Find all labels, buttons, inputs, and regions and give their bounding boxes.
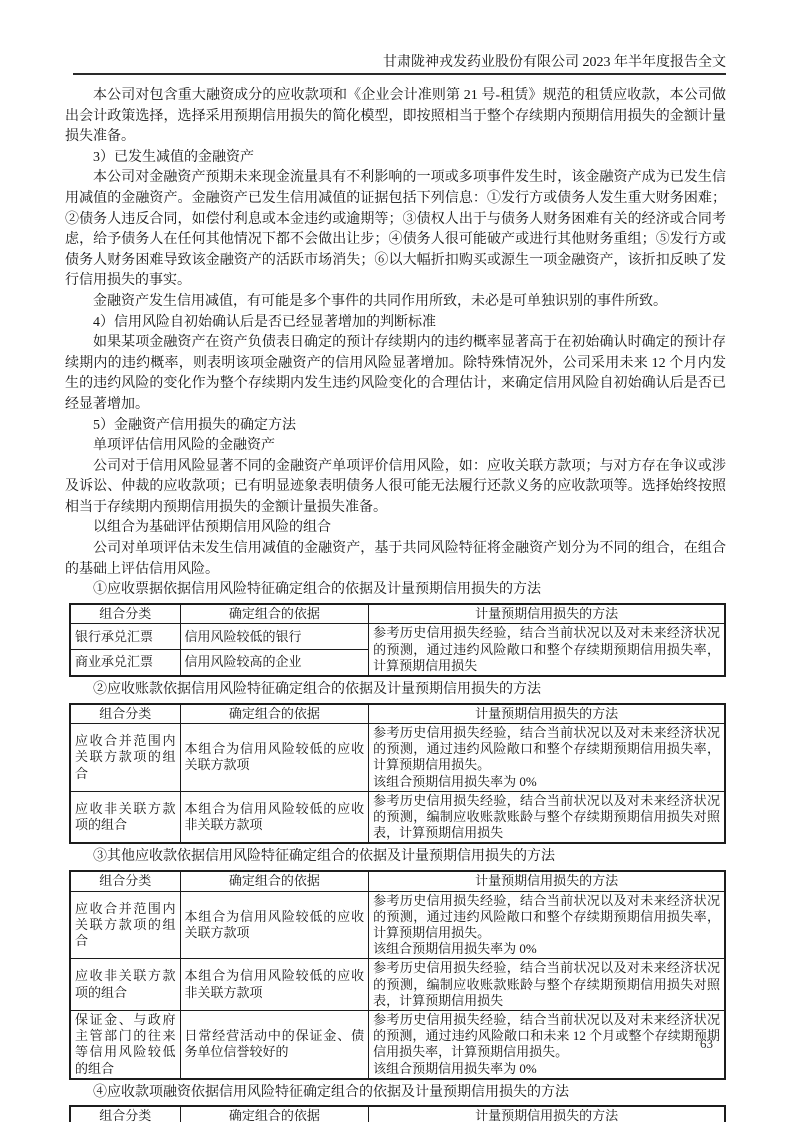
accounts-receivable-portfolio-table: 组合分类确定组合的依据计量预期信用损失的方法应收合并范围内关联方款项的组合本组合… <box>69 703 726 845</box>
caption-receivables-financing-table: ④应收款项融资依据信用风险特征确定组合的依据及计量预期信用损失的方法 <box>65 1083 726 1104</box>
table-row: 应收合并范围内关联方款项的组合本组合为信用风险较低的应收关联方款项参考历史信用损… <box>70 724 725 792</box>
report-title: 甘肃陇神戎发药业股份有限公司 2023 年半年度报告全文 <box>67 54 726 71</box>
table-row: 应收合并范围内关联方款项的组合本组合为信用风险较低的应收关联方款项参考历史信用损… <box>70 891 725 959</box>
heading-impaired-financial-assets: 3）已发生减值的金融资产 <box>65 148 726 169</box>
column-header: 组合分类 <box>70 704 180 724</box>
report-page: 甘肃陇神戎发药业股份有限公司 2023 年半年度报告全文 本公司对包含重大融资成… <box>0 0 793 1122</box>
table-row: 保证金、与政府主管部门的往来等信用风险较低的组合日常经营活动中的保证金、债务单位… <box>70 1010 725 1078</box>
receivables-financing-portfolio-table: 组合分类确定组合的依据计量预期信用损失的方法 <box>69 1105 726 1122</box>
column-header: 确定组合的依据 <box>180 604 369 624</box>
table-cell: 应收合并范围内关联方款项的组合 <box>70 724 180 792</box>
column-header: 确定组合的依据 <box>180 1106 369 1122</box>
table-cell: 参考历史信用损失经验，结合当前状况以及对未来经济状况的预测，通过违约风险敞口和整… <box>369 624 725 676</box>
column-header: 组合分类 <box>70 604 180 624</box>
multiple-events-paragraph: 金融资产发生信用减值，有可能是多个事件的共同作用所致，未必是可单独识别的事件所致… <box>65 292 726 313</box>
policy-paragraph: 本公司对包含重大融资成分的应收款项和《企业会计准则第 21 号-租赁》规范的租赁… <box>65 86 726 148</box>
table-cell: 本组合为信用风险较低的应收关联方款项 <box>180 724 369 792</box>
heading-credit-loss-method: 5）金融资产信用损失的确定方法 <box>65 416 726 437</box>
table-cell: 参考历史信用损失经验，结合当前状况以及对未来经济状况的预测，编制应收账款账龄与整… <box>369 959 725 1011</box>
portfolio-assessment-paragraph: 公司对单项评估未发生信用减值的金融资产，基于共同风险特征将金融资产划分为不同的组… <box>65 539 726 580</box>
notes-receivable-portfolio-table: 组合分类确定组合的依据计量预期信用损失的方法银行承兑汇票信用风险较低的银行参考历… <box>69 603 726 677</box>
page-number: 63 <box>700 1036 713 1052</box>
column-header: 计量预期信用损失的方法 <box>369 704 725 724</box>
column-header: 计量预期信用损失的方法 <box>369 871 725 891</box>
table-cell: 应收合并范围内关联方款项的组合 <box>70 891 180 959</box>
table-header-row: 组合分类确定组合的依据计量预期信用损失的方法 <box>70 604 725 624</box>
credit-risk-increase-paragraph: 如果某项金融资产在资产负债表日确定的预计存续期内的违约概率显著高于在初始确认时确… <box>65 333 726 415</box>
caption-accounts-receivable-table: ②应收账款依据信用风险特征确定组合的依据及计量预期信用损失的方法 <box>65 680 726 701</box>
table-cell: 本组合为信用风险较低的应收关联方款项 <box>180 891 369 959</box>
table-row: 应收非关联方款项的组合本组合为信用风险较低的应收非关联方款项参考历史信用损失经验… <box>70 791 725 843</box>
column-header: 组合分类 <box>70 1106 180 1122</box>
impairment-evidence-paragraph: 本公司对金融资产预期未来现金流量具有不利影响的一项或多项事件发生时，该金融资产成… <box>65 168 726 292</box>
caption-other-receivables-table: ③其他应收款依据信用风险特征确定组合的依据及计量预期信用损失的方法 <box>65 847 726 868</box>
table-cell: 信用风险较高的企业 <box>180 650 369 676</box>
column-header: 确定组合的依据 <box>180 871 369 891</box>
column-header: 组合分类 <box>70 871 180 891</box>
other-receivables-portfolio-table: 组合分类确定组合的依据计量预期信用损失的方法应收合并范围内关联方款项的组合本组合… <box>69 870 726 1080</box>
individual-assessment-paragraph: 公司对于信用风险显著不同的金融资产单项评价信用风险，如：应收关联方款项；与对方存… <box>65 457 726 519</box>
table-cell: 商业承兑汇票 <box>70 650 180 676</box>
table-cell: 本组合为信用风险较低的应收非关联方款项 <box>180 791 369 843</box>
table-cell: 本组合为信用风险较低的应收非关联方款项 <box>180 959 369 1011</box>
table-header-row: 组合分类确定组合的依据计量预期信用损失的方法 <box>70 1106 725 1122</box>
table-cell: 日常经营活动中的保证金、债务单位信誉较好的 <box>180 1010 369 1078</box>
column-header: 计量预期信用损失的方法 <box>369 1106 725 1122</box>
column-header: 确定组合的依据 <box>180 704 369 724</box>
caption-notes-receivable-table: ①应收票据依据信用风险特征确定组合的依据及计量预期信用损失的方法 <box>65 580 726 601</box>
table-cell: 参考历史信用损失经验，结合当前状况以及对未来经济状况的预测，编制应收账款账龄与整… <box>369 791 725 843</box>
table-cell: 参考历史信用损失经验，结合当前状况以及对未来经济状况的预测，通过违约风险敞口和未… <box>369 1010 725 1078</box>
table-cell: 参考历史信用损失经验，结合当前状况以及对未来经济状况的预测，通过违约风险敞口和整… <box>369 891 725 959</box>
subheading-individual-assessment: 单项评估信用风险的金融资产 <box>65 436 726 457</box>
table-row: 应收非关联方款项的组合本组合为信用风险较低的应收非关联方款项参考历史信用损失经验… <box>70 959 725 1011</box>
table-row: 银行承兑汇票信用风险较低的银行参考历史信用损失经验，结合当前状况以及对未来经济状… <box>70 624 725 650</box>
table-header-row: 组合分类确定组合的依据计量预期信用损失的方法 <box>70 704 725 724</box>
document-body: 本公司对包含重大融资成分的应收款项和《企业会计准则第 21 号-租赁》规范的租赁… <box>0 75 793 1122</box>
table-cell: 应收非关联方款项的组合 <box>70 791 180 843</box>
page-header: 甘肃陇神戎发药业股份有限公司 2023 年半年度报告全文 <box>0 0 793 75</box>
table-cell: 银行承兑汇票 <box>70 624 180 650</box>
table-cell: 应收非关联方款项的组合 <box>70 959 180 1011</box>
column-header: 计量预期信用损失的方法 <box>369 604 725 624</box>
heading-credit-risk-increase: 4）信用风险自初始确认后是否已经显著增加的判断标准 <box>65 313 726 334</box>
table-cell: 信用风险较低的银行 <box>180 624 369 650</box>
table-header-row: 组合分类确定组合的依据计量预期信用损失的方法 <box>70 871 725 891</box>
subheading-portfolio-assessment: 以组合为基础评估预期信用风险的组合 <box>65 518 726 539</box>
table-cell: 参考历史信用损失经验，结合当前状况以及对未来经济状况的预测，通过违约风险敞口和整… <box>369 724 725 792</box>
table-cell: 保证金、与政府主管部门的往来等信用风险较低的组合 <box>70 1010 180 1078</box>
